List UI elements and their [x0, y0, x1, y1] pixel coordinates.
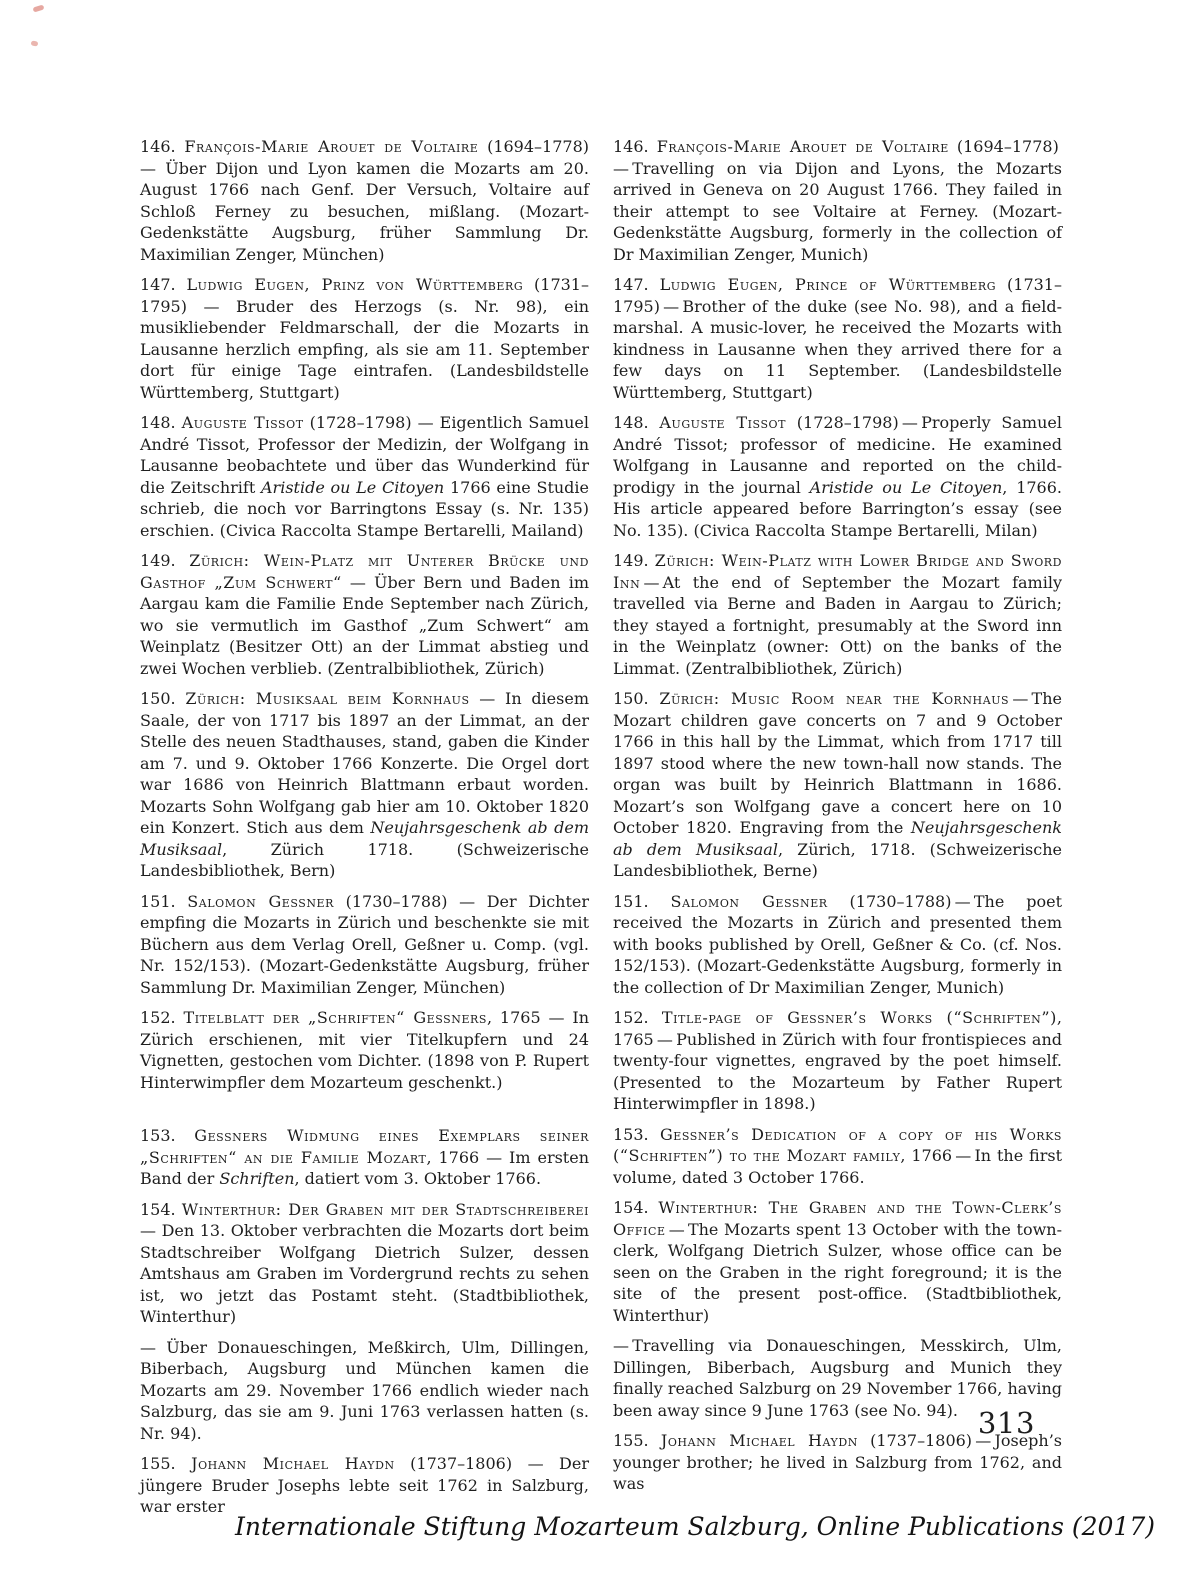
entry-text-segment: — Über Donaueschingen, Meßkirch, Ulm, Di…	[140, 1338, 589, 1443]
footer-credit: Internationale Stiftung Mozarteum Salzbu…	[0, 1512, 1200, 1541]
entry-text-segment: 151.	[613, 892, 671, 911]
entry-text-segment: Salomon Gessner	[187, 892, 334, 911]
entry-text-segment: Johann Michael Haydn	[661, 1431, 858, 1450]
entry-154-de: 154. Winterthur: Der Graben mit der Stad…	[140, 1199, 589, 1328]
entry-text-segment: Auguste Tissot	[182, 413, 304, 432]
entry-text-segment: Aristide ou Le Citoyen	[810, 478, 1003, 497]
page-number: 313	[950, 1406, 1035, 1440]
entry-text-segment: 154.	[613, 1198, 658, 1217]
red-pen-mark	[31, 40, 39, 46]
entry-152-en: 152. Title-page of Gessner’s Works (“Sch…	[613, 1007, 1062, 1115]
column-german-text: 146. François-Marie Arouet de Voltaire (…	[140, 136, 589, 1527]
entry-154-en: 154. Winterthur: The Graben and the Town…	[613, 1197, 1062, 1326]
entry-147-de: 147. Ludwig Eugen, Prinz von Württemberg…	[140, 274, 589, 403]
entry-text-segment: François-Marie Arouet de Voltaire	[184, 137, 478, 156]
entry-text-segment: 148.	[613, 413, 659, 432]
entry-text-segment: Auguste Tissot	[659, 413, 786, 432]
entry-text-segment: 153.	[613, 1125, 660, 1144]
entry-148-en: 148. Auguste Tissot (1728–1798) — Proper…	[613, 412, 1062, 541]
entry-text-segment: — In diesem Saale, der von 1717 bis 1897…	[140, 689, 589, 837]
entry-147-en: 147. Ludwig Eugen, Prince of Württemberg…	[613, 274, 1062, 403]
entry-text-segment: François-Marie Arouet de Voltaire	[657, 137, 949, 156]
entry-text-segment: Zürich: Music Room near the Kornhaus	[659, 689, 1009, 708]
entry-text-segment: 147.	[613, 275, 660, 294]
entry-text-segment: 149.	[140, 551, 189, 570]
entry-text-segment: Zürich: Musiksaal beim Kornhaus	[185, 689, 469, 708]
entry-150-de: 150. Zürich: Musiksaal beim Kornhaus — I…	[140, 688, 589, 882]
entry-text-segment: — At the end of September the Mozart fam…	[613, 573, 1062, 678]
entry-text-segment: Ludwig Eugen, Prince of Württemberg	[660, 275, 996, 294]
entry-150-en: 150. Zürich: Music Room near the Kornhau…	[613, 688, 1062, 882]
red-pen-mark	[32, 4, 44, 12]
entry-text-segment: 152.	[140, 1008, 184, 1027]
entry-text-segment: Johann Michael Haydn	[191, 1454, 395, 1473]
book-page-scan: 146. François-Marie Arouet de Voltaire (…	[0, 0, 1200, 1581]
entry-154-note-de: — Über Donaueschingen, Meßkirch, Ulm, Di…	[140, 1337, 589, 1445]
entry-text-segment: — Den 13. Oktober verbrachten die Mozart…	[140, 1221, 589, 1326]
entry-text-segment: 152.	[613, 1008, 662, 1027]
entry-146-de: 146. François-Marie Arouet de Voltaire (…	[140, 136, 589, 265]
entry-text-segment: 147.	[140, 275, 186, 294]
entry-text-segment: 150.	[140, 689, 185, 708]
column-english-text: 146. François-Marie Arouet de Voltaire (…	[613, 136, 1062, 1527]
entry-text-segment: 146.	[140, 137, 184, 156]
entry-text-segment: 146.	[613, 137, 657, 156]
entry-text-segment: Schriften	[219, 1169, 294, 1188]
entry-151-en: 151. Salomon Gessner (1730–1788) — The p…	[613, 891, 1062, 999]
entry-148-de: 148. Auguste Tissot (1728–1798) — Eigent…	[140, 412, 589, 541]
entry-text-segment: , datiert vom 3. Oktober 1766.	[295, 1169, 542, 1188]
entry-text-segment: Winterthur: Der Graben mit der Stadtschr…	[182, 1200, 589, 1219]
entry-text-segment: 155.	[613, 1431, 661, 1450]
entry-text-segment: 150.	[613, 689, 659, 708]
entry-153-de: 153. Gessners Widmung eines Exemplars se…	[140, 1125, 589, 1190]
entry-text-segment: Salomon Gessner	[671, 892, 828, 911]
entry-text-segment: — The Mozart children gave concerts on 7…	[613, 689, 1062, 837]
entry-152-de: 152. Titelblatt der „Schriften“ Gessners…	[140, 1007, 589, 1093]
entry-text-segment: 154.	[140, 1200, 182, 1219]
two-column-text-block: 146. François-Marie Arouet de Voltaire (…	[140, 136, 1062, 1527]
entry-153-en: 153. Gessner’s Dedication of a copy of h…	[613, 1124, 1062, 1189]
entry-text-segment: Titelblatt der „Schriften“ Gessners	[184, 1008, 487, 1027]
entry-149-en: 149. Zürich: Wein-Platz with Lower Bridg…	[613, 550, 1062, 679]
entry-text-segment: 148.	[140, 413, 182, 432]
entry-text-segment: Title-page of Gessner’s Works (“Schrifte…	[662, 1008, 1057, 1027]
entry-text-segment: 149.	[613, 551, 655, 570]
entry-155-de: 155. Johann Michael Haydn (1737–1806) — …	[140, 1453, 589, 1518]
entry-text-segment: — The Mozarts spent 13 October with the …	[613, 1220, 1062, 1325]
entry-text-segment: 153.	[140, 1126, 194, 1145]
entry-146-en: 146. François-Marie Arouet de Voltaire (…	[613, 136, 1062, 265]
entry-text-segment: Ludwig Eugen, Prinz von Württemberg	[186, 275, 523, 294]
entry-149-de: 149. Zürich: Wein-Platz mit Unterer Brüc…	[140, 550, 589, 679]
entry-text-segment: Aristide ou Le Citoyen	[261, 478, 444, 497]
entry-151-de: 151. Salomon Gessner (1730–1788) — Der D…	[140, 891, 589, 999]
entry-text-segment: 155.	[140, 1454, 191, 1473]
entry-text-segment: 151.	[140, 892, 187, 911]
